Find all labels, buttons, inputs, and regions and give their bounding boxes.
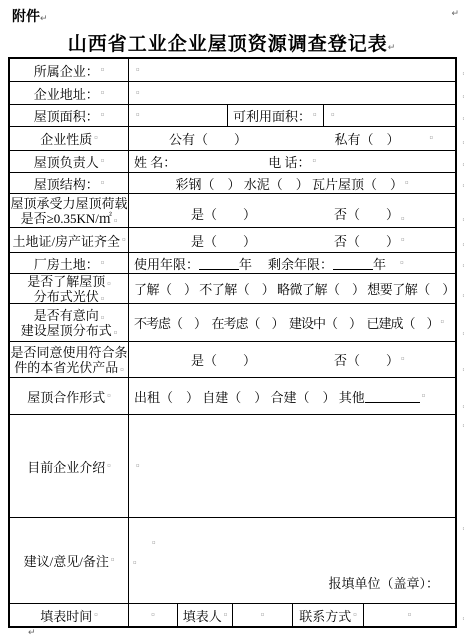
cooperation-form-label-cell: 屋顶合作形式¤ bbox=[10, 378, 129, 414]
cell-end-mark: ¤ bbox=[151, 612, 155, 619]
roof-manager-input-cell[interactable]: 姓 名： 电 话： ¤ bbox=[129, 151, 455, 172]
row-certificates: 土地证/房产证齐全¤ 是（ ） 否（ ） ¤ ¤ bbox=[10, 228, 455, 253]
cell-end-mark: ¤ bbox=[408, 612, 412, 619]
company-intro-input-cell[interactable]: ¤ bbox=[129, 415, 455, 517]
cell-end-mark: ¤ bbox=[152, 540, 156, 547]
cell-end-mark: ¤ bbox=[133, 560, 137, 567]
roof-load-label-line1-wrap: 屋顶承受力屋顶荷载 bbox=[10, 196, 127, 211]
row-roof-area: 屋顶面积：¤ ¤ 可利用面积：¤ ¤ ¤ bbox=[10, 105, 455, 127]
roof-area-input-cell[interactable]: ¤ bbox=[129, 105, 228, 126]
cell-end-mark: ¤ bbox=[401, 356, 405, 363]
pv-product-consent-label-line1-wrap: 是否同意使用符合条 bbox=[10, 345, 127, 360]
pv-awareness-label-cell: 是否了解屋顶¤ 分布式光伏¤ bbox=[10, 274, 129, 303]
pv-awareness-label-line2-wrap: 分布式光伏¤ bbox=[34, 289, 105, 304]
usable-area-input-cell[interactable]: ¤ bbox=[324, 105, 455, 126]
cell-end-mark: ¤ bbox=[136, 112, 140, 119]
row-pv-awareness: 是否了解屋顶¤ 分布式光伏¤ 了解（ ） 不了解（ ） 略微了解（ ） 想要了解… bbox=[10, 274, 455, 304]
cell-end-mark: ¤ bbox=[114, 329, 118, 337]
document-page: 附件↵ ↵ 山西省工业企业屋顶资源调查登记表↵ 所属企业：¤ ¤ ¤ 企业地址：… bbox=[0, 0, 464, 639]
cooperation-form-label: 屋顶合作形式 bbox=[27, 387, 105, 406]
certificates-label: 土地证/房产证齐全 bbox=[12, 231, 120, 250]
page-title-text: 山西省工业企业屋顶资源调查登记表 bbox=[68, 34, 388, 55]
cell-end-mark: ¤ bbox=[313, 158, 317, 165]
use-years-blank[interactable] bbox=[199, 256, 239, 270]
row-factory-land: 厂房土地：¤ 使用年限：年 剩余年限：年 ¤ ¤ bbox=[10, 253, 455, 274]
usable-area-label-cell: 可利用面积：¤ bbox=[228, 105, 324, 126]
cell-end-mark: ¤ bbox=[353, 612, 357, 619]
pv-awareness-options[interactable]: 了解（ ） 不了解（ ） 略微了解（ ） 想要了解（ ） bbox=[134, 279, 455, 298]
row-cooperation-form: 屋顶合作形式¤ 出租（ ） 自建（ ） 合建（ ） 其他 ¤ ¤ bbox=[10, 378, 455, 415]
fill-person-label: 填表人 bbox=[183, 606, 222, 625]
roof-area-label: 屋顶面积： bbox=[34, 106, 99, 125]
fill-date-label-cell: 填表时间¤ bbox=[10, 604, 129, 626]
attachment-label: 附件 bbox=[12, 10, 40, 25]
cooperation-form-options-cell[interactable]: 出租（ ） 自建（ ） 合建（ ） 其他 ¤ bbox=[129, 378, 455, 414]
pv-product-consent-label-cell: 是否同意使用符合条 件的本省光伏产品¤ bbox=[10, 342, 129, 377]
factory-land-label: 厂房土地： bbox=[34, 254, 99, 273]
certificates-no-option[interactable]: 否（ ） bbox=[334, 231, 399, 250]
public-option[interactable]: 公有（ ） bbox=[169, 129, 247, 148]
pv-intention-label-cell: 是否有意向¤ 建设屋顶分布式¤ bbox=[10, 304, 129, 341]
cell-end-mark: ¤ bbox=[114, 217, 118, 225]
cell-end-mark: ¤ bbox=[136, 67, 140, 74]
paragraph-mark: ↵ bbox=[28, 627, 36, 638]
paragraph-mark: ↵ bbox=[40, 13, 48, 23]
row-fill-info: 填表时间¤ ¤ 填表人¤ ¤ 联系方式¤ ¤ ¤ bbox=[10, 604, 455, 626]
cell-end-mark: ¤ bbox=[430, 135, 434, 142]
fill-date-label: 填表时间 bbox=[40, 606, 92, 625]
pv-intention-options[interactable]: 不考虑（ ） 在考虑（ ） 建设中（ ） 已建成（ ） bbox=[134, 313, 439, 332]
use-years-label: 使用年限： bbox=[134, 254, 199, 273]
certificates-options-cell[interactable]: 是（ ） 否（ ） ¤ bbox=[129, 228, 455, 252]
pv-awareness-label-line2: 分布式光伏 bbox=[34, 289, 99, 304]
pv-product-consent-no-option[interactable]: 否（ ） bbox=[334, 350, 399, 369]
suggestions-label-cell: 建议/意见/备注¤ bbox=[10, 518, 129, 603]
cell-end-mark: ¤ bbox=[120, 366, 124, 374]
pv-product-consent-options-cell[interactable]: 是（ ） 否（ ） ¤ bbox=[129, 342, 455, 377]
remain-years-suffix: 年 bbox=[373, 254, 386, 273]
cell-end-mark: ¤ bbox=[101, 295, 105, 303]
roof-structure-label-cell: 屋顶结构：¤ bbox=[10, 173, 129, 193]
pv-intention-label-line2: 建设屋顶分布式 bbox=[21, 323, 112, 338]
row-suggestions: 建议/意见/备注¤ ¤ ¤ 报填单位（盖章）： ¤ bbox=[10, 518, 455, 604]
page-title: 山西省工业企业屋顶资源调查登记表↵ bbox=[0, 29, 464, 56]
enterprise-nature-label-cell: 企业性质¤ bbox=[10, 127, 129, 150]
roof-manager-label: 屋顶负责人 bbox=[34, 152, 99, 171]
cell-end-mark: ¤ bbox=[401, 216, 405, 223]
cell-end-mark: ¤ bbox=[107, 393, 111, 400]
company-name-input-cell[interactable]: ¤ bbox=[129, 59, 455, 81]
attachment-heading: 附件↵ bbox=[12, 6, 48, 26]
contact-label-cell: 联系方式¤ bbox=[293, 604, 364, 626]
factory-land-label-cell: 厂房土地：¤ bbox=[10, 253, 129, 273]
private-option[interactable]: 私有（ ） bbox=[334, 129, 399, 148]
pv-intention-options-cell[interactable]: 不考虑（ ） 在考虑（ ） 建设中（ ） 已建成（ ） ¤ bbox=[129, 304, 455, 341]
roof-load-label-cell: 屋顶承受力屋顶荷载 是否≥0.35KN/㎡¤ bbox=[10, 194, 129, 227]
company-intro-label-cell: 目前企业介绍¤ bbox=[10, 415, 129, 517]
roof-load-label-line2-wrap: 是否≥0.35KN/㎡¤ bbox=[21, 211, 118, 226]
cell-end-mark: ¤ bbox=[101, 180, 105, 187]
roof-structure-label: 屋顶结构： bbox=[34, 174, 99, 193]
row-roof-load: 屋顶承受力屋顶荷载 是否≥0.35KN/㎡¤ 是（ ） 否（ ） ¤ ¤ bbox=[10, 194, 455, 228]
pv-awareness-options-cell[interactable]: 了解（ ） 不了解（ ） 略微了解（ ） 想要了解（ ） ¤ bbox=[129, 274, 455, 303]
cell-end-mark: ¤ bbox=[401, 237, 405, 244]
cell-end-mark: ¤ bbox=[107, 463, 111, 470]
pv-awareness-label-line1: 是否了解屋顶 bbox=[27, 274, 105, 289]
stamp-unit-label: 报填单位（盖章）： bbox=[328, 573, 439, 592]
company-address-label-cell: 企业地址：¤ bbox=[10, 82, 129, 104]
row-pv-product-consent: 是否同意使用符合条 件的本省光伏产品¤ 是（ ） 否（ ） ¤ ¤ bbox=[10, 342, 455, 378]
cell-end-mark: ¤ bbox=[111, 557, 115, 564]
cooperation-other-blank[interactable] bbox=[365, 389, 420, 403]
fill-date-input-cell[interactable]: ¤ bbox=[129, 604, 178, 626]
use-years-suffix: 年 bbox=[239, 254, 252, 273]
cell-end-mark: ¤ bbox=[313, 112, 317, 119]
cell-end-mark: ¤ bbox=[101, 158, 105, 165]
pv-intention-label-line1: 是否有意向 bbox=[34, 308, 99, 323]
roof-structure-options-cell[interactable]: 彩钢（ ） 水泥（ ） 瓦片屋顶（ ） ¤ bbox=[129, 173, 455, 193]
cell-end-mark: ¤ bbox=[122, 237, 126, 244]
cell-end-mark: ¤ bbox=[405, 180, 409, 187]
row-roof-manager: 屋顶负责人¤ 姓 名： 电 话： ¤ ¤ bbox=[10, 151, 455, 173]
certificates-yes-option[interactable]: 是（ ） bbox=[191, 231, 256, 250]
fill-person-label-cell: 填表人¤ bbox=[178, 604, 233, 626]
pv-product-consent-label-line2: 件的本省光伏产品 bbox=[14, 360, 118, 375]
roof-load-yes-option[interactable]: 是（ ） bbox=[191, 204, 256, 223]
cooperation-form-options[interactable]: 出租（ ） 自建（ ） 合建（ ） 其他 bbox=[134, 387, 365, 406]
roof-manager-label-cell: 屋顶负责人¤ bbox=[10, 151, 129, 172]
manager-phone-label: 电 话： bbox=[268, 152, 310, 171]
row-company-intro: 目前企业介绍¤ ¤ ¤ bbox=[10, 415, 455, 518]
pv-awareness-label-line1-wrap: 是否了解屋顶¤ bbox=[27, 274, 111, 289]
cell-end-mark: ¤ bbox=[101, 90, 105, 97]
company-intro-label: 目前企业介绍 bbox=[27, 457, 105, 476]
enterprise-nature-options-cell[interactable]: 公有（ ） 私有（ ） ¤ bbox=[129, 127, 455, 150]
cell-end-mark: ¤ bbox=[101, 260, 105, 267]
pv-product-consent-label-line1: 是否同意使用符合条 bbox=[10, 345, 127, 360]
cell-end-mark: ¤ bbox=[101, 314, 105, 322]
suggestions-label: 建议/意见/备注 bbox=[24, 551, 109, 570]
paragraph-mark: ↵ bbox=[451, 8, 459, 19]
company-address-input-cell[interactable]: ¤ bbox=[129, 82, 455, 104]
suggestions-input-cell[interactable]: ¤ ¤ 报填单位（盖章）： bbox=[129, 518, 455, 603]
pv-intention-label-line1-wrap: 是否有意向¤ bbox=[34, 308, 105, 323]
cell-end-mark: ¤ bbox=[261, 612, 265, 619]
pv-product-consent-yes-option[interactable]: 是（ ） bbox=[191, 350, 256, 369]
pv-intention-label-line2-wrap: 建设屋顶分布式¤ bbox=[21, 323, 118, 338]
paragraph-mark: ↵ bbox=[388, 42, 397, 52]
enterprise-nature-label: 企业性质 bbox=[40, 129, 92, 148]
company-name-label: 所属企业： bbox=[34, 61, 99, 80]
cell-end-mark: ¤ bbox=[101, 112, 105, 119]
row-pv-intention: 是否有意向¤ 建设屋顶分布式¤ 不考虑（ ） 在考虑（ ） 建设中（ ） 已建成… bbox=[10, 304, 455, 342]
manager-name-label: 姓 名： bbox=[134, 152, 176, 171]
row-company-name: 所属企业：¤ ¤ ¤ bbox=[10, 59, 455, 82]
row-company-address: 企业地址：¤ ¤ ¤ bbox=[10, 82, 455, 105]
cell-end-mark: ¤ bbox=[331, 112, 335, 119]
cell-end-mark: ¤ bbox=[441, 319, 445, 326]
roof-area-label-cell: 屋顶面积：¤ bbox=[10, 105, 129, 126]
remain-years-label: 剩余年限： bbox=[268, 254, 333, 273]
certificates-label-cell: 土地证/房产证齐全¤ bbox=[10, 228, 129, 252]
cell-end-mark: ¤ bbox=[101, 67, 105, 74]
contact-input-cell[interactable]: ¤ bbox=[364, 604, 455, 626]
roof-load-options-cell[interactable]: 是（ ） 否（ ） ¤ bbox=[129, 194, 455, 227]
roof-load-label-line1: 屋顶承受力屋顶荷载 bbox=[10, 196, 127, 211]
survey-table: 所属企业：¤ ¤ ¤ 企业地址：¤ ¤ ¤ 屋顶面积：¤ ¤ 可利用面积：¤ ¤… bbox=[8, 57, 457, 628]
cell-end-mark: ¤ bbox=[224, 612, 228, 619]
contact-label: 联系方式 bbox=[299, 606, 351, 625]
roof-load-no-option[interactable]: 否（ ） bbox=[334, 204, 399, 223]
remain-years-blank[interactable] bbox=[333, 256, 373, 270]
row-enterprise-nature: 企业性质¤ 公有（ ） 私有（ ） ¤ ¤ bbox=[10, 127, 455, 151]
factory-land-input-cell[interactable]: 使用年限：年 剩余年限：年 ¤ bbox=[129, 253, 455, 273]
usable-area-label: 可利用面积： bbox=[233, 106, 311, 125]
pv-product-consent-label-line2-wrap: 件的本省光伏产品¤ bbox=[14, 360, 124, 375]
cell-end-mark: ¤ bbox=[94, 135, 98, 142]
roof-load-label-line2: 是否≥0.35KN/㎡ bbox=[21, 211, 112, 226]
cell-end-mark: ¤ bbox=[136, 463, 140, 470]
fill-person-input-cell[interactable]: ¤ bbox=[233, 604, 293, 626]
cell-end-mark: ¤ bbox=[400, 260, 404, 267]
cell-end-mark: ¤ bbox=[136, 90, 140, 97]
row-roof-structure: 屋顶结构：¤ 彩钢（ ） 水泥（ ） 瓦片屋顶（ ） ¤ ¤ bbox=[10, 173, 455, 194]
company-address-label: 企业地址： bbox=[34, 84, 99, 103]
roof-structure-options[interactable]: 彩钢（ ） 水泥（ ） 瓦片屋顶（ ） bbox=[175, 174, 403, 193]
cell-end-mark: ¤ bbox=[107, 280, 111, 288]
cell-end-mark: ¤ bbox=[94, 612, 98, 619]
company-name-label-cell: 所属企业：¤ bbox=[10, 59, 129, 81]
cell-end-mark: ¤ bbox=[422, 393, 426, 400]
